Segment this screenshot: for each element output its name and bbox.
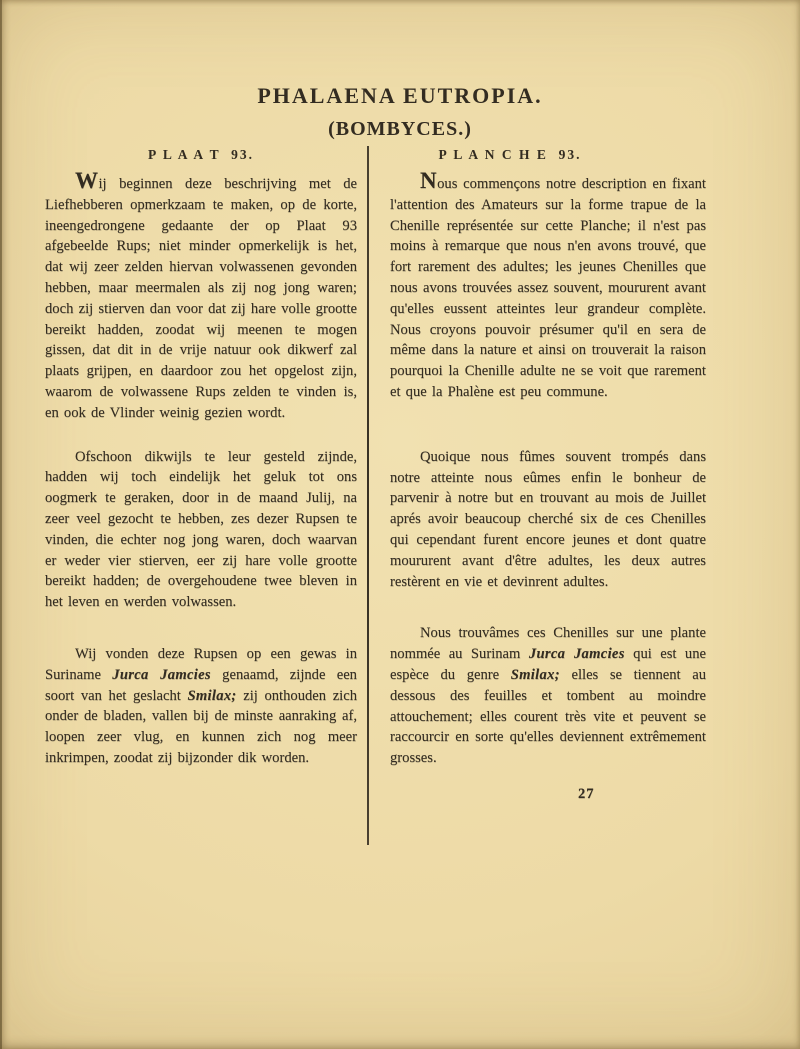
paragraph-initial-letter: W bbox=[75, 168, 99, 193]
paragraph: Quoique nous fûmes souvent trompés dans … bbox=[390, 447, 706, 593]
scanned-book-page: PHALAENA EUTROPIA. (BOMBYCES.) P L A A T… bbox=[0, 0, 800, 1049]
page-number: 27 bbox=[578, 786, 595, 803]
paragraph-initial-letter: N bbox=[420, 168, 437, 193]
text-run: ij beginnen deze beschrijving met de Lie… bbox=[45, 176, 357, 421]
text-run: ous commençons notre description en fixa… bbox=[390, 176, 706, 400]
paragraph: Nous commençons notre description en fix… bbox=[390, 174, 706, 403]
species-name-italic: Smilax; bbox=[511, 667, 560, 683]
species-name-italic: Smilax; bbox=[187, 688, 236, 704]
dutch-column-header: P L A A T 93. bbox=[45, 147, 357, 163]
page-title: PHALAENA EUTROPIA. bbox=[0, 83, 800, 109]
text-run: Ofschoon dikwijls te leur gesteld zijnde… bbox=[45, 449, 357, 611]
paragraph: Nous trouvâmes ces Chenilles sur une pla… bbox=[390, 623, 706, 769]
species-name-italic: Jurca Jamcies bbox=[112, 667, 211, 683]
dutch-column-text: Wij beginnen deze beschrijving met de Li… bbox=[45, 174, 357, 769]
page-subtitle: (BOMBYCES.) bbox=[0, 118, 800, 141]
french-column-header: P L A N C H E 93. bbox=[390, 147, 706, 163]
species-name-italic: Jurca Jamcies bbox=[529, 646, 625, 662]
french-column-text: Nous commençons notre description en fix… bbox=[390, 174, 706, 769]
paragraph: Wij beginnen deze beschrijving met de Li… bbox=[45, 174, 357, 424]
text-run: Quoique nous fûmes souvent trompés dans … bbox=[390, 449, 706, 590]
dutch-column: P L A A T 93. Wij beginnen deze beschrij… bbox=[45, 147, 357, 769]
paragraph: Wij vonden deze Rupsen op een gewas in S… bbox=[45, 644, 357, 769]
paragraph: Ofschoon dikwijls te leur gesteld zijnde… bbox=[45, 447, 357, 613]
column-divider-rule bbox=[367, 146, 369, 845]
french-column: P L A N C H E 93. Nous commençons notre … bbox=[390, 147, 706, 769]
